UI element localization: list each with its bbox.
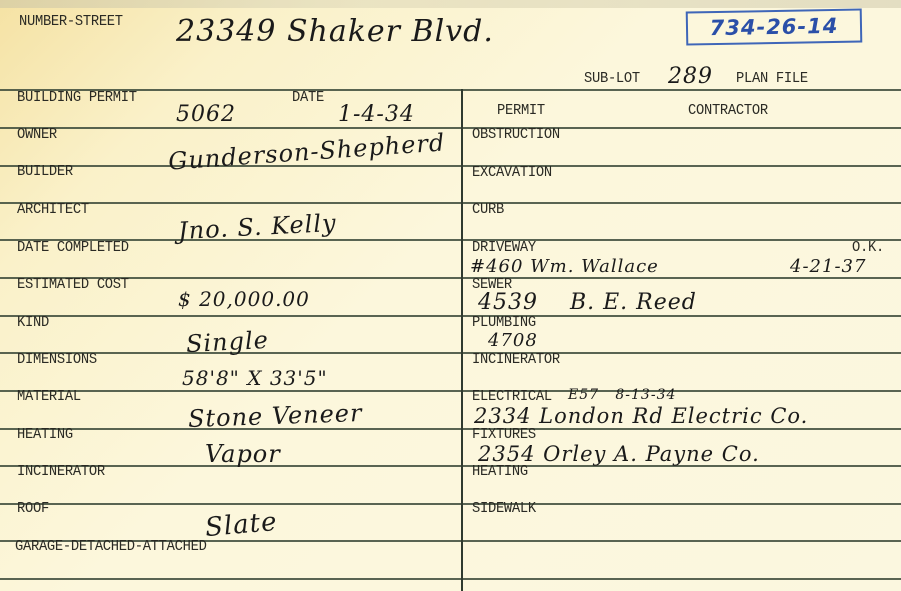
owner-label: OWNER [17,127,57,143]
column-divider [461,89,463,591]
driveway-date: 4-21-37 [790,256,866,277]
estimated-cost-value: $ 20,000.00 [178,287,310,311]
number-street-value: 23349 Shaker Blvd. [176,14,494,49]
building-permit-card: NUMBER-STREET 23349 Shaker Blvd. 734-26-… [0,0,901,591]
dimensions-label: DIMENSIONS [17,352,97,368]
driveway-label: DRIVEWAY [472,240,536,256]
number-street-label: NUMBER-STREET [19,14,123,30]
sidewalk-label: SIDEWALK [472,501,536,517]
heating-label: HEATING [17,427,73,443]
date-value: 1-4-34 [338,102,415,127]
permit-header: PERMIT [497,103,545,119]
rule-line [0,127,901,129]
fixtures-label: FIXTURES [472,427,536,443]
driveway-value: #460 Wm. Wallace [470,256,659,277]
builder-label: BUILDER [17,164,73,180]
rule-line [0,202,901,204]
rule-line [0,315,901,317]
date-completed-label: DATE COMPLETED [17,240,129,256]
owner-value: Gunderson-Shepherd [167,128,446,175]
plumbing-value: 4708 [488,330,538,351]
electrical-value: 2334 London Rd Electric Co. [474,404,808,428]
contractor-header: CONTRACTOR [688,103,768,119]
rule-line [0,428,901,430]
rule-line [0,165,901,167]
excavation-label: EXCAVATION [472,165,552,181]
electrical-label: ELECTRICAL [472,389,552,405]
roof-value: Slate [204,507,279,543]
electrical-permit-date: E57 8-13-34 [568,387,676,403]
architect-label: ARCHITECT [17,202,89,218]
rule-line [0,239,901,241]
rule-line [0,277,901,279]
rule-line [0,352,901,354]
kind-label: KIND [17,315,49,331]
file-number-stamp: 734-26-14 [686,8,863,45]
incinerator-right-label: INCINERATOR [472,352,560,368]
rule-line [0,465,901,467]
kind-value: Single [185,326,269,358]
sub-lot-value: 289 [668,64,713,89]
rule-line [0,578,901,580]
sub-lot-label: SUB-LOT [584,71,640,87]
rule-line [0,503,901,505]
plan-file-label: PLAN FILE [736,71,808,87]
obstruction-label: OBSTRUCTION [472,127,560,143]
incinerator-label: INCINERATOR [17,464,105,480]
rule-line [0,390,901,392]
building-permit-label: BUILDING PERMIT [17,90,137,106]
heating-value: Vapor [205,440,281,468]
garage-label: GARAGE-DETACHED-ATTACHED [15,539,207,555]
driveway-ok-label: O.K. [852,240,884,256]
building-permit-value: 5062 [176,102,236,127]
date-label: DATE [292,90,324,106]
dimensions-value: 58'8" X 33'5" [182,366,328,390]
material-label: MATERIAL [17,389,81,405]
sewer-value: 4539 B. E. Reed [478,290,697,315]
heating-right-label: HEATING [472,464,528,480]
curb-label: CURB [472,202,504,218]
estimated-cost-label: ESTIMATED COST [17,277,129,293]
fixtures-value: 2354 Orley A. Payne Co. [478,442,760,466]
plumbing-label: PLUMBING [472,315,536,331]
roof-label: ROOF [17,501,49,517]
